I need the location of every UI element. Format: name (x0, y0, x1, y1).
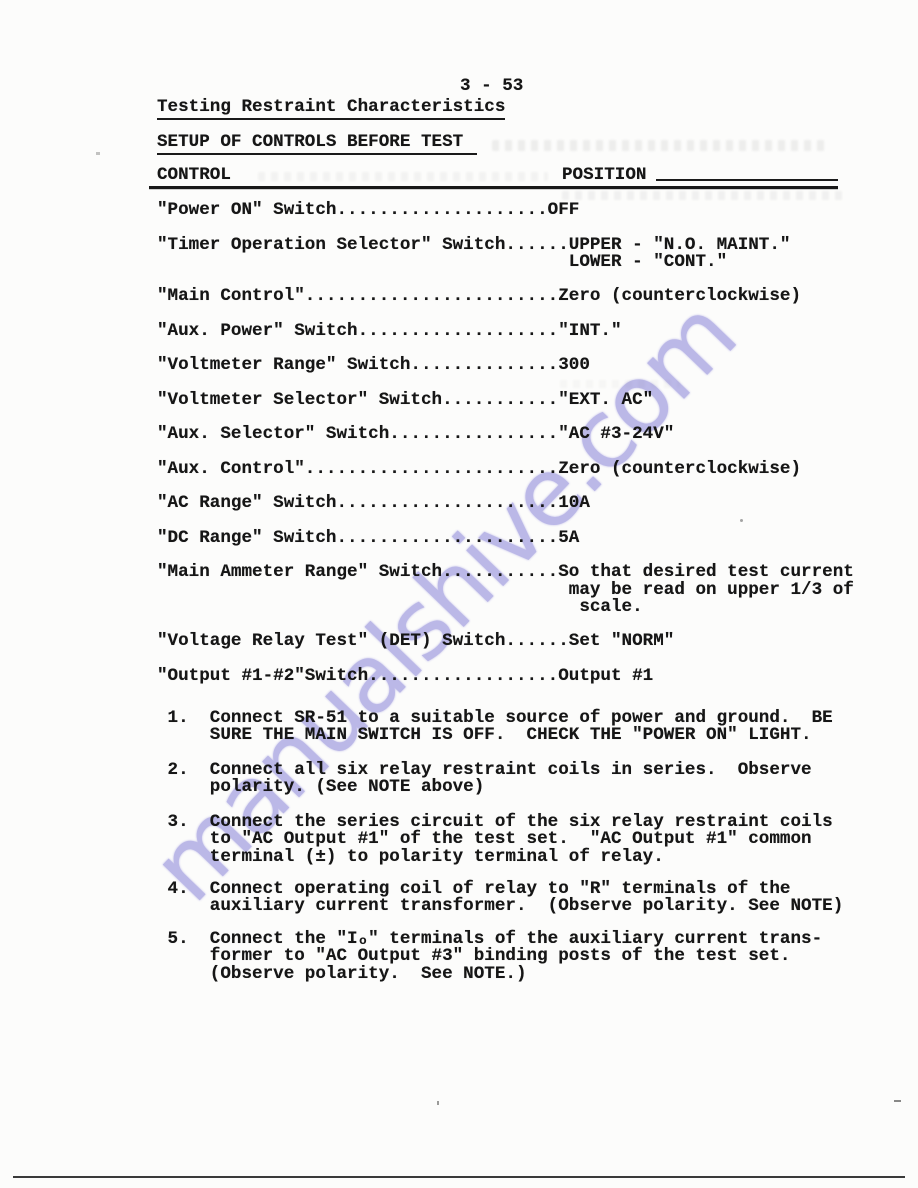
instruction-step-1: 1. Connect SR-51 to a suitable source of… (157, 710, 833, 745)
scan-speck (96, 152, 100, 155)
table-column-header-position: POSITION (562, 165, 646, 185)
scan-noise (562, 191, 848, 200)
position-header-underline (656, 179, 838, 181)
page-bottom-scan-line (13, 1176, 905, 1178)
document-page: manualshive.com 3 - 53 Testing Restraint… (0, 0, 918, 1188)
page-number: 3 - 53 (460, 76, 523, 96)
instruction-step-3: 3. Connect the series circuit of the six… (157, 814, 833, 866)
page-title: Testing Restraint Characteristics (157, 97, 505, 120)
instruction-step-2: 2. Connect all six relay restraint coils… (157, 762, 812, 797)
controls-table: "Power ON" Switch....................OFF… (157, 202, 854, 685)
scan-noise (258, 172, 548, 181)
scan-noise (492, 140, 828, 151)
scan-speck (437, 1101, 439, 1105)
instruction-step-5: 5. Connect the "Iₒ" terminals of the aux… (157, 931, 822, 983)
instruction-step-4: 4. Connect operating coil of relay to "R… (157, 881, 843, 916)
table-column-header-control: CONTROL (157, 165, 231, 185)
scan-speck (894, 1100, 901, 1102)
section-heading: SETUP OF CONTROLS BEFORE TEST (157, 132, 477, 155)
table-header-rule (149, 186, 838, 189)
